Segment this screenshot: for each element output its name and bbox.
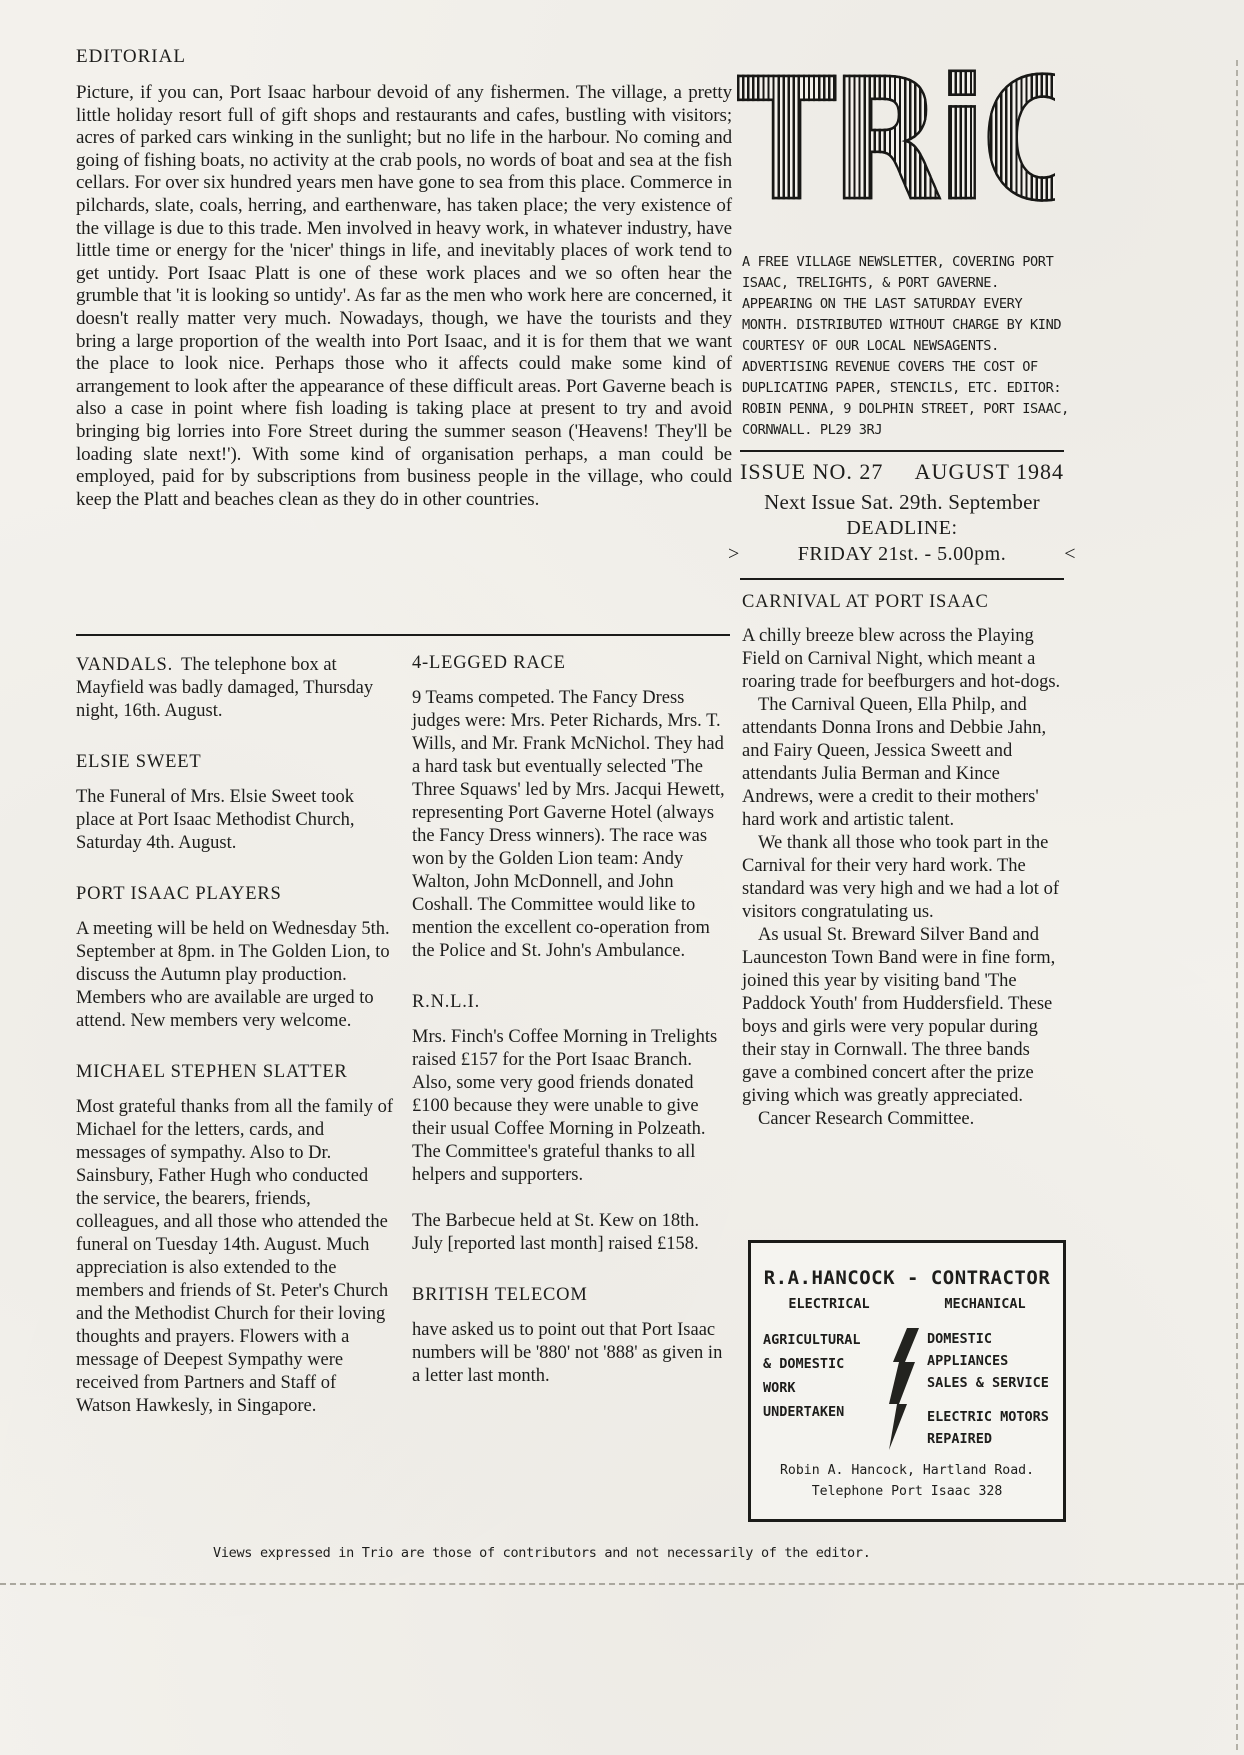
middle-column: 4-LEGGED RACE 9 Teams competed. The Fanc… [412, 652, 732, 1388]
masthead-divider-bottom [740, 578, 1064, 580]
carnival-article: CARNIVAL AT PORT ISAAC A chilly breeze b… [742, 592, 1066, 1131]
advert-contact-phone: Telephone Port Isaac 328 [751, 1481, 1063, 1502]
deadline-label: DEADLINE: [740, 517, 1064, 540]
advert-left-line: WORK [763, 1376, 881, 1400]
deadline-value: FRIDAY 21st. - 5.00pm. [798, 543, 1006, 566]
elsie-sweet-heading: ELSIE SWEET [76, 751, 394, 774]
vandals-article: VANDALS.The telephone box at Mayfield wa… [76, 654, 394, 723]
advert-right-services: DOMESTIC APPLIANCES SALES & SERVICE ELEC… [927, 1328, 1055, 1450]
issue-row: ISSUE NO. 27 AUGUST 1984 [740, 459, 1064, 485]
editorial-heading: EDITORIAL [76, 46, 732, 68]
advert-subtitle-row: ELECTRICAL MECHANICAL [751, 1296, 1063, 1312]
advert-motors-group: ELECTRIC MOTORS REPAIRED [927, 1406, 1055, 1450]
advert-right-line: SALES & SERVICE [927, 1372, 1055, 1394]
advert-electrical-label: ELECTRICAL [751, 1296, 907, 1312]
vandals-lead: VANDALS. [76, 655, 173, 675]
advert-left-line: & DOMESTIC [763, 1352, 881, 1376]
advert-left-line: AGRICULTURAL [763, 1328, 881, 1352]
carnival-paragraph-5: Cancer Research Committee. [742, 1108, 1066, 1131]
trio-logo-text: TRiO [737, 38, 1055, 243]
rnli-body: Mrs. Finch's Coffee Morning in Trelights… [412, 1026, 732, 1187]
advert-mechanical-label: MECHANICAL [907, 1296, 1063, 1312]
advert-right-line: DOMESTIC APPLIANCES [927, 1328, 1055, 1372]
editorial-divider [76, 634, 730, 636]
issue-number: ISSUE NO. 27 [740, 459, 883, 485]
carnival-paragraph-3: We thank all those who took part in the … [742, 832, 1066, 924]
rnli-barbecue-body: The Barbecue held at St. Kew on 18th. Ju… [412, 1210, 732, 1256]
deadline-arrow-right: < [1064, 543, 1076, 566]
carnival-paragraph-4: As usual St. Breward Silver Band and Lau… [742, 924, 1066, 1108]
left-column: VANDALS.The telephone box at Mayfield wa… [76, 654, 394, 1418]
editorial-article: EDITORIAL Picture, if you can, Port Isaa… [76, 46, 732, 511]
port-isaac-players-heading: PORT ISAAC PLAYERS [76, 883, 394, 906]
issue-date: AUGUST 1984 [915, 459, 1064, 485]
advert-left-line: UNDERTAKEN [763, 1400, 881, 1424]
hancock-advert: R.A.HANCOCK - CONTRACTOR ELECTRICAL MECH… [748, 1240, 1066, 1522]
lightning-bolt-icon [881, 1328, 927, 1450]
advert-contact-address: Robin A. Hancock, Hartland Road. [751, 1460, 1063, 1481]
carnival-paragraph-1: A chilly breeze blew across the Playing … [742, 625, 1066, 694]
disclaimer-note: Views expressed in Trio are those of con… [213, 1545, 973, 1561]
port-isaac-players-body: A meeting will be held on Wednesday 5th.… [76, 918, 394, 1033]
advert-appliances-group: DOMESTIC APPLIANCES SALES & SERVICE [927, 1328, 1055, 1394]
newsletter-page: EDITORIAL Picture, if you can, Port Isaa… [0, 0, 1244, 1755]
elsie-sweet-body: The Funeral of Mrs. Elsie Sweet took pla… [76, 786, 394, 855]
deadline-arrow-left: > [728, 543, 740, 566]
carnival-paragraph-2: The Carnival Queen, Ella Philp, and atte… [742, 694, 1066, 832]
rnli-heading: R.N.L.I. [412, 991, 732, 1014]
editorial-body: Picture, if you can, Port Isaac harbour … [76, 82, 732, 511]
scan-edge-bottom [0, 1583, 1244, 1585]
masthead-about: A FREE VILLAGE NEWSLETTER, COVERING PORT… [742, 252, 1072, 441]
british-telecom-body: have asked us to point out that Port Isa… [412, 1319, 732, 1388]
british-telecom-heading: BRITISH TELECOM [412, 1284, 732, 1307]
four-legged-race-body: 9 Teams competed. The Fancy Dress judges… [412, 687, 732, 963]
deadline-row: > FRIDAY 21st. - 5.00pm. < [728, 543, 1076, 566]
advert-left-services: AGRICULTURAL & DOMESTIC WORK UNDERTAKEN [763, 1328, 881, 1450]
advert-right-line: ELECTRIC MOTORS [927, 1406, 1055, 1428]
four-legged-race-heading: 4-LEGGED RACE [412, 652, 732, 675]
carnival-body: A chilly breeze blew across the Playing … [742, 625, 1066, 1131]
trio-logo: TRiO [737, 38, 1055, 243]
advert-services: AGRICULTURAL & DOMESTIC WORK UNDERTAKEN … [751, 1312, 1063, 1450]
advert-right-line: REPAIRED [927, 1428, 1055, 1450]
advert-title: R.A.HANCOCK - CONTRACTOR [751, 1267, 1063, 1289]
carnival-heading: CARNIVAL AT PORT ISAAC [742, 592, 1066, 613]
advert-contact: Robin A. Hancock, Hartland Road. Telepho… [751, 1460, 1063, 1502]
michael-slatter-heading: MICHAEL STEPHEN SLATTER [76, 1061, 394, 1084]
next-issue-line: Next Issue Sat. 29th. September [738, 490, 1066, 515]
masthead-divider-top [740, 450, 1064, 452]
scan-edge-right [1236, 60, 1238, 1750]
michael-slatter-body: Most grateful thanks from all the family… [76, 1096, 394, 1418]
